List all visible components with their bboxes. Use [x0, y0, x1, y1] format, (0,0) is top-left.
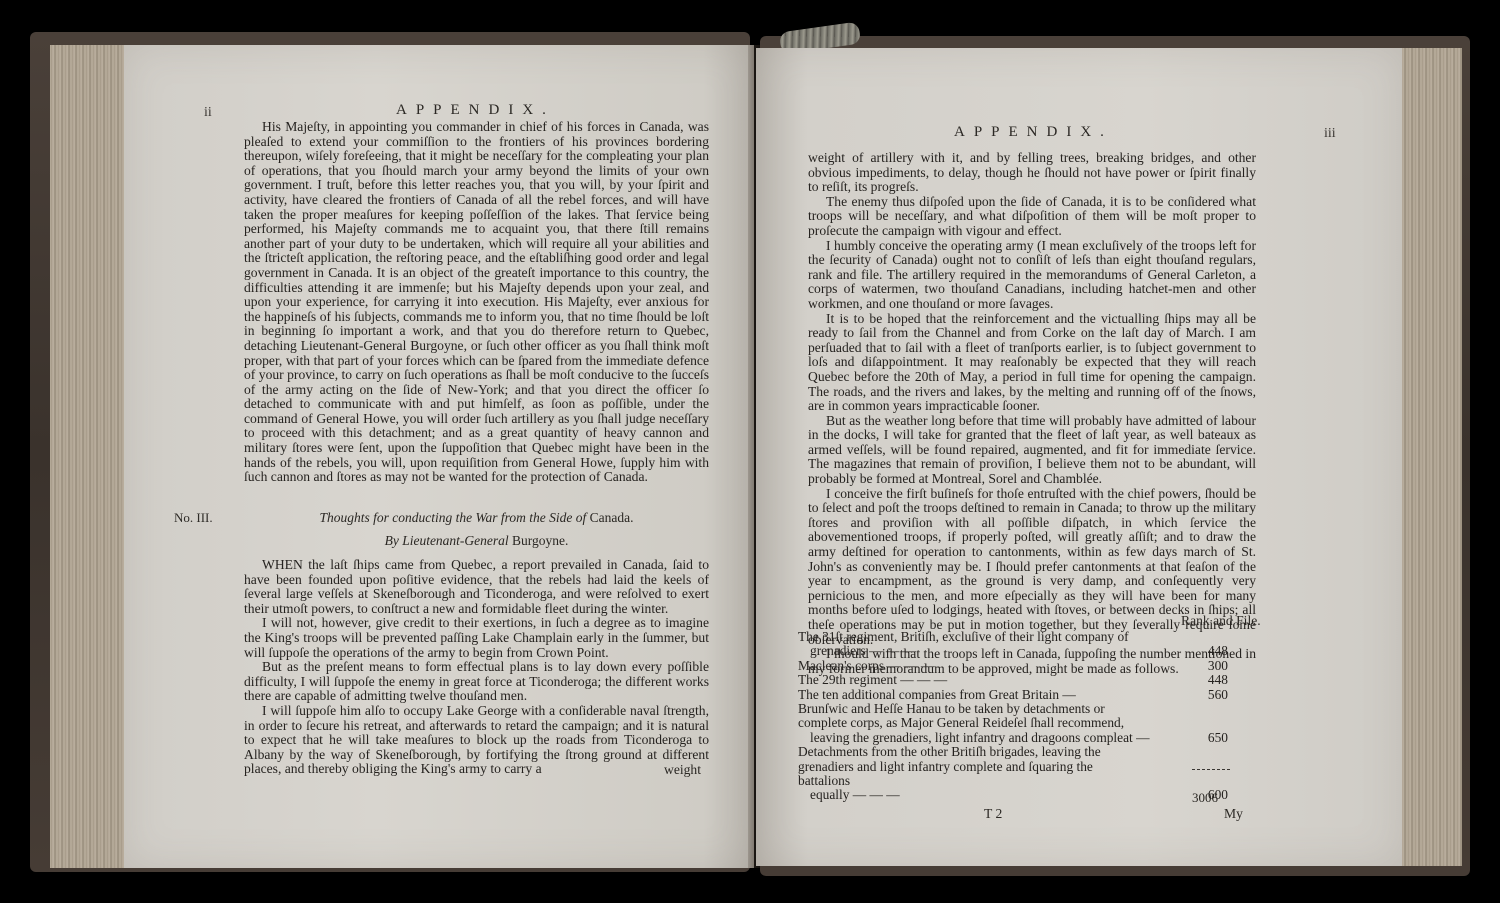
- thoughts-paragraph: WHEN the laſt ſhips came from Quebec, a …: [244, 558, 709, 616]
- row-label: The ten additional companies from Great …: [798, 688, 1143, 702]
- row-label: Maclean's corps — — —: [798, 659, 1143, 673]
- table-row: Detachments from the other Britiſh briga…: [798, 745, 1228, 803]
- thoughts-paragraph: But as the preſent means to form effectu…: [244, 660, 709, 704]
- byline-italic: By Lieutenant-General: [385, 533, 509, 548]
- rank-and-file-header: Rank and File.: [1181, 613, 1261, 629]
- table-row: The ten additional companies from Great …: [798, 688, 1228, 702]
- left-page: ii APPENDIX. His Majeſty, in appointing …: [124, 45, 754, 868]
- table-row: Maclean's corps — — — 300: [798, 659, 1228, 673]
- row-label: The 29th regiment — — —: [798, 673, 1143, 687]
- right-page-number: iii: [1324, 126, 1336, 142]
- right-catchword: My: [1224, 806, 1243, 822]
- right-running-head: APPENDIX.: [954, 124, 1113, 141]
- table-row: Brunſwic and Heſſe Hanau to be taken by …: [798, 702, 1228, 745]
- byline-roman: Burgoyne.: [512, 533, 568, 548]
- right-paragraph: The enemy thus diſpoſed upon the ſide of…: [808, 195, 1256, 239]
- row-label: The 31ſt regiment, Britiſh, excluſive of…: [798, 630, 1143, 644]
- table-row: The 29th regiment — — — 448: [798, 673, 1228, 687]
- page-edges-left: [50, 45, 125, 868]
- row-value: 650: [1168, 731, 1228, 745]
- left-catchword: weight: [664, 762, 701, 778]
- thoughts-paragraph: I will not, however, give credit to thei…: [244, 616, 709, 660]
- troops-table: The 31ſt regiment, Britiſh, excluſive of…: [798, 630, 1228, 803]
- byline: By Lieutenant-General Burgoyne.: [244, 533, 709, 549]
- row-label-cont: grenadiers — — —: [798, 644, 1155, 658]
- section-title: Thoughts for conducting the War from the…: [244, 510, 709, 526]
- row-label: Brunſwic and Heſſe Hanau to be taken by …: [798, 702, 1143, 731]
- right-paragraph: It is to be hoped that the reinforcement…: [808, 312, 1256, 414]
- page-edges-right: [1400, 48, 1462, 866]
- section-title-roman: Canada.: [590, 510, 634, 525]
- row-value: 560: [1168, 688, 1228, 702]
- row-label-cont: leaving the grenadiers, light infantry a…: [798, 731, 1155, 745]
- section-title-italic: Thoughts for conducting the War from the…: [320, 510, 587, 525]
- letter-text: His Majeſty, in appointing you commander…: [244, 120, 709, 485]
- row-label-cont: equally — — —: [798, 788, 1155, 802]
- row-label: Detachments from the other Britiſh briga…: [798, 745, 1143, 788]
- row-value: 300: [1168, 659, 1228, 673]
- right-page: APPENDIX. iii weight of artillery with i…: [756, 48, 1402, 866]
- thoughts-paragraph: I will ſuppoſe him alſo to occupy Lake G…: [244, 704, 709, 777]
- table-total: 3006: [1192, 790, 1218, 806]
- signature-mark: T 2: [984, 806, 1002, 822]
- total-rule: [1192, 769, 1230, 770]
- row-value: 448: [1168, 673, 1228, 687]
- table-row: The 31ſt regiment, Britiſh, excluſive of…: [798, 630, 1228, 659]
- right-body-text: weight of artillery with it, and by fell…: [808, 151, 1256, 676]
- right-paragraph: weight of artillery with it, and by fell…: [808, 151, 1256, 195]
- left-running-head: APPENDIX.: [396, 102, 555, 119]
- left-page-number: ii: [204, 105, 212, 121]
- right-paragraph: I humbly conceive the operating army (I …: [808, 239, 1256, 312]
- thoughts-text: WHEN the laſt ſhips came from Quebec, a …: [244, 558, 709, 777]
- section-number: No. III.: [174, 510, 213, 526]
- letter-paragraph: His Majeſty, in appointing you commander…: [244, 120, 709, 485]
- right-paragraph: But as the weather long before that time…: [808, 414, 1256, 487]
- row-value: 448: [1168, 644, 1228, 658]
